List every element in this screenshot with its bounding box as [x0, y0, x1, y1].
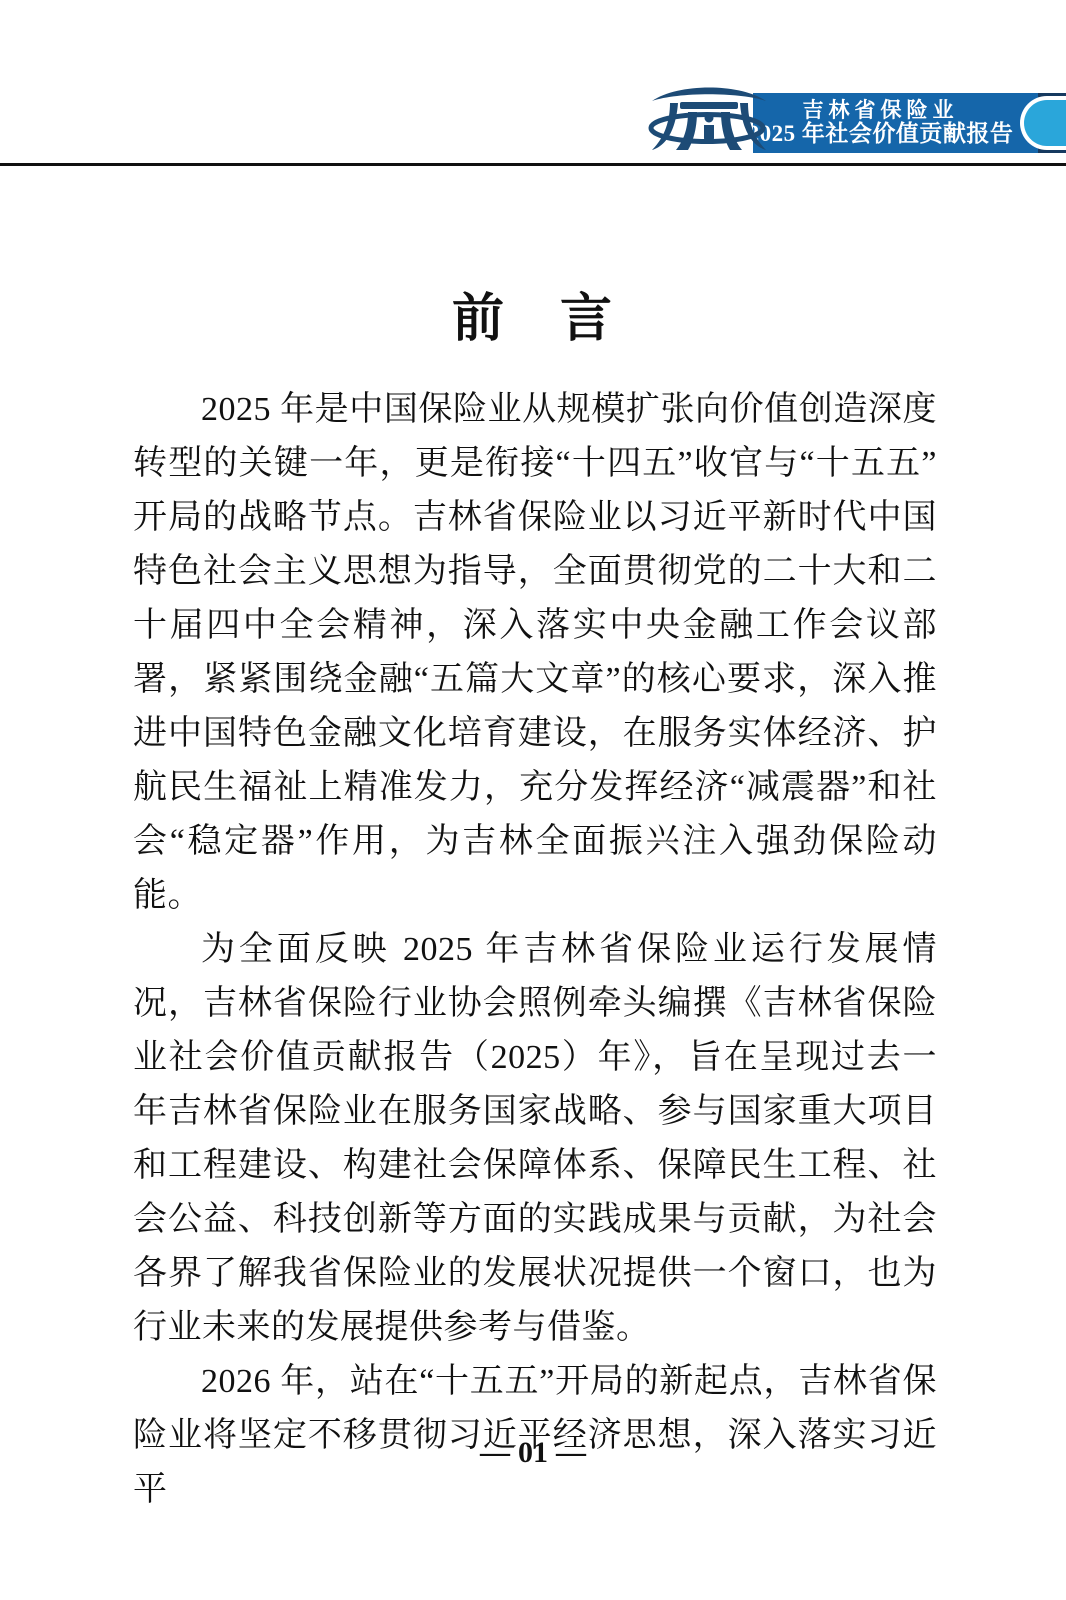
page-footer: —01—: [0, 1436, 1066, 1470]
paragraph: 2025 年是中国保险业从规模扩张向价值创造深度转型的关键一年，更是衔接“十四五…: [133, 383, 937, 923]
header-org-name: 吉林省保险业: [803, 99, 959, 122]
page: 吉林省保险业 2025 年社会价值贡献报告 前 言 2025 年是中国保险业从规…: [0, 0, 1066, 1600]
header-banner: 吉林省保险业 2025 年社会价值贡献报告: [753, 93, 1066, 153]
header-report-title: 2025 年社会价值贡献报告: [748, 122, 1014, 147]
page-title: 前 言: [0, 276, 1066, 351]
preface-body: 2025 年是中国保险业从规模扩张向价值创造深度转型的关键一年，更是衔接“十四五…: [133, 383, 937, 1517]
header-banner-text: 吉林省保险业 2025 年社会价值贡献报告: [757, 93, 1004, 153]
association-logo-icon: [643, 82, 775, 160]
footer-dash-right: —: [556, 1436, 586, 1469]
banner-capsule-decoration: [1020, 96, 1066, 150]
page-number: 01: [518, 1436, 548, 1469]
paragraph: 为全面反映 2025 年吉林省保险业运行发展情况，吉林省保险行业协会照例牵头编撰…: [133, 923, 937, 1355]
header-divider: [0, 163, 1066, 166]
footer-dash-left: —: [480, 1436, 510, 1469]
